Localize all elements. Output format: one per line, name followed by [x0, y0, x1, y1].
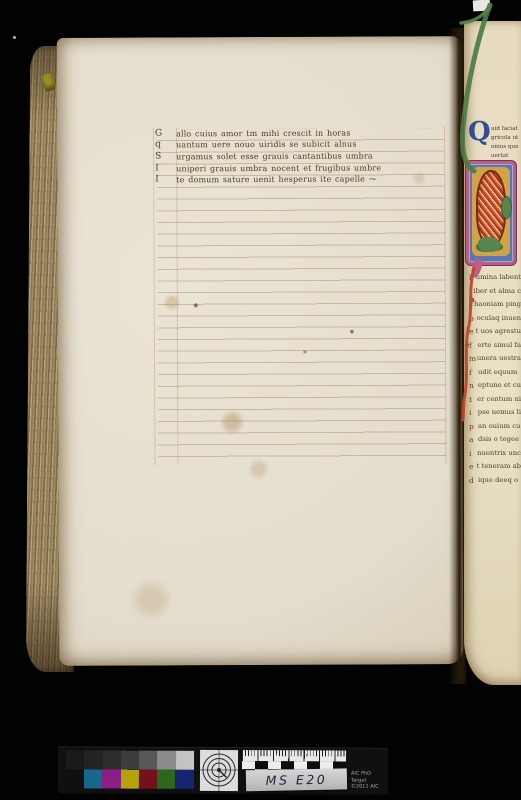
line-text: unera uestra	[477, 352, 521, 366]
blue-initial-letter: Q	[468, 119, 491, 145]
line-text: oculaq inuen	[477, 312, 521, 326]
line-initial: i	[469, 406, 478, 420]
line-initial: d	[469, 474, 478, 488]
line-text: iber et alma c	[473, 285, 521, 299]
line-text: pse nemus li	[478, 406, 521, 420]
verse-text: urgamus solet esse grauis cantantibus um…	[176, 150, 373, 163]
argumentum-line: uid faciat	[491, 125, 521, 134]
line-initial: p	[469, 420, 478, 434]
text-fragment-line: t er centum ni	[469, 393, 521, 407]
verse-text: allo cuius amor tm mihi crescit in horas	[176, 127, 350, 139]
verse-text: uniperi grauis umbra nocent et frugibus …	[176, 162, 381, 175]
color-patch	[139, 770, 157, 789]
line-initial: f	[469, 366, 478, 380]
verse-line: I te domum sature uenit hesperus ite cap…	[155, 173, 447, 186]
dust-speck	[13, 36, 16, 39]
page-marker-tab	[473, 0, 491, 11]
color-patch	[102, 769, 120, 788]
line-text: er centum ni	[477, 393, 521, 407]
verse-text: te domum sature uenit hesperus ite capel…	[176, 174, 377, 187]
manuscript-recto-page-edge: Q uid faciatgricola utonius queuertat l …	[464, 21, 521, 685]
gray-patch	[121, 751, 139, 770]
verse-text: uantum uere nouo uiridis se subicit alnu…	[176, 139, 357, 151]
shelfmark-label: MS E20	[246, 768, 347, 791]
text-fragment-line: e t teneram ab	[469, 460, 521, 474]
color-patch	[157, 770, 175, 789]
text-fragment-line: e t uos agrestu	[469, 325, 521, 339]
gray-patch	[103, 750, 121, 769]
line-initial: e	[469, 325, 476, 339]
text-fragment-line: a dsis o tegee	[469, 433, 521, 447]
argumentum-line: uertat	[491, 152, 521, 161]
line-initial: l	[469, 271, 476, 285]
line-text: nuentrix unc	[477, 447, 521, 461]
line-text: eptune et cu	[478, 379, 521, 393]
text-fragment-line: p an ouium cu	[469, 420, 521, 434]
gray-patch	[84, 750, 102, 769]
color-patch	[84, 769, 102, 788]
line-text: udit equum	[478, 366, 517, 380]
gray-patch	[139, 751, 157, 770]
line-initial: i	[469, 447, 477, 461]
focus-target-icon	[200, 750, 238, 791]
text-fragment-line: f erte simul fa	[469, 339, 521, 353]
aic-color-target-bar: MS E20 AIC PhD Target ©2011 AIC	[58, 746, 388, 793]
line-initial: t	[469, 393, 477, 407]
argumentum-fragments: uid faciatgricola utonius queuertat	[491, 125, 521, 161]
line-text: ique deeq o	[478, 474, 518, 488]
target-brand-text: AIC PhD Target ©2011 AIC	[351, 771, 387, 791]
line-text: t teneram ab	[477, 460, 521, 474]
brand-line-1: AIC PhD Target	[351, 771, 387, 784]
manuscript-photo: G allo cuius amor tm mihi crescit in hor…	[0, 0, 521, 800]
eclogue-verse-block: G allo cuius amor tm mihi crescit in hor…	[155, 127, 447, 187]
text-fragment-line: d ique deeq o	[469, 474, 521, 488]
color-patch	[121, 770, 139, 789]
text-fragment-line: m unera uestra	[469, 352, 521, 366]
text-fragment-line: n eptune et cu	[469, 379, 521, 393]
line-text: haoniam ping	[474, 298, 521, 312]
shelfmark-text: MS E20	[266, 772, 328, 788]
gray-patch	[176, 751, 194, 770]
text-fragment-line: i nuentrix unc	[469, 447, 521, 461]
verse-initial: G	[155, 128, 176, 140]
text-fragment-line: l umina labent	[469, 271, 521, 285]
argumentum-line: onius que	[491, 143, 521, 152]
argumentum-line: gricola ut	[491, 134, 521, 143]
text-fragment-line: l iber et alma c	[469, 285, 521, 299]
initial-foliage-leaf	[478, 237, 501, 252]
manuscript-verso-page: G allo cuius amor tm mihi crescit in hor…	[57, 36, 464, 666]
grayscale-patch-row	[66, 750, 194, 770]
initial-foliage-bud	[501, 196, 512, 219]
text-fragment-line: c haoniam ping	[469, 298, 521, 312]
line-initial: p	[469, 312, 477, 326]
verse-initial: S	[155, 151, 176, 163]
line-text: dsis o tegee	[478, 433, 519, 447]
line-initial: f	[469, 339, 477, 353]
line-text: umina labent	[476, 271, 521, 285]
verse-initial: I	[155, 175, 176, 187]
line-text: t uos agrestu	[476, 325, 521, 339]
color-patch	[175, 770, 193, 789]
line-initial: e	[469, 460, 477, 474]
line-initial: m	[469, 352, 477, 366]
text-fragment-line: f udit equum	[469, 366, 521, 380]
text-fragment-line: i pse nemus li	[469, 406, 521, 420]
text-fragment-line: p oculaq inuen	[469, 312, 521, 326]
georgics-text-fragments: l umina labent l iber et alma c c haonia…	[469, 271, 521, 487]
line-text: erte simul fa	[477, 339, 521, 353]
line-initial: a	[469, 433, 478, 447]
line-text: an ouium cu	[478, 420, 520, 434]
illuminated-initial-Q	[466, 161, 516, 265]
ruler-scale	[242, 750, 346, 761]
verse-initial: q	[155, 140, 176, 152]
brand-line-2: ©2011 AIC	[351, 784, 387, 791]
gray-patch	[157, 751, 175, 770]
gray-patch	[66, 750, 84, 769]
color-patch-row	[84, 769, 194, 788]
verse-initial: I	[155, 163, 176, 175]
line-initial: n	[469, 379, 478, 393]
